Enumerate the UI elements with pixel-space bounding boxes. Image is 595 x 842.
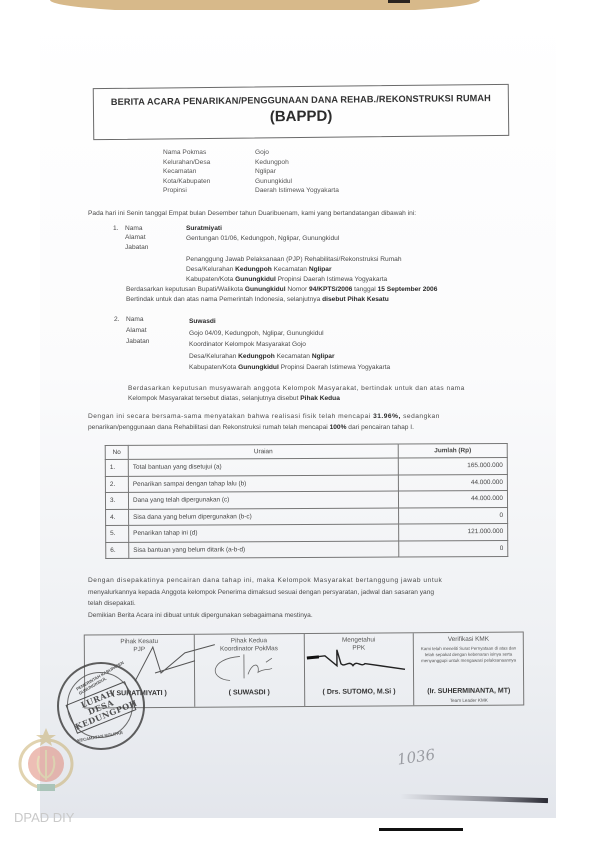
party1-number: 1. bbox=[113, 225, 119, 232]
party1-dasar-line: Berdasarkan keputusan Bupati/Walikota Gu… bbox=[126, 286, 437, 293]
party2-number: 2. bbox=[114, 316, 120, 323]
header-uraian: Uraian bbox=[128, 444, 398, 459]
scan-bottom-bar bbox=[379, 828, 463, 831]
party2-alamat-label: Alamat bbox=[126, 327, 147, 334]
party2-alamat: Gojo 04/09, Kedungpoh, Nglipar, Gunungki… bbox=[189, 330, 324, 337]
table-row: 2. Penarikan sampai dengan tahap lalu (b… bbox=[105, 474, 507, 493]
statement-line1: Dengan ini secara bersama-sama menyataka… bbox=[88, 413, 440, 420]
fund-table: No Uraian Jumlah (Rp) 1. Total bantuan y… bbox=[105, 443, 509, 559]
party2-kab-line: Kabupaten/Kota Gunungkidul Propinsi Daer… bbox=[189, 364, 390, 371]
table-row: 6. Sisa bantuan yang belum ditarik (a-b-… bbox=[106, 540, 508, 559]
signature-scribble-icon bbox=[200, 648, 290, 685]
party1-bertindak-line: Bertindak untuk dan atas nama Pemerintah… bbox=[126, 296, 389, 303]
table-row: 3. Dana yang telah dipergunakan (c) 44.0… bbox=[105, 490, 507, 509]
party1-jabatan-label: Jabatan bbox=[125, 244, 148, 251]
table-row: 4. Sisa dana yang belum dipergunakan (b-… bbox=[106, 507, 508, 526]
closing-line3: telah disepakati. bbox=[88, 600, 136, 607]
party1-alamat: Gentungan 01/06, Kedungpoh, Nglipar, Gun… bbox=[186, 235, 339, 242]
party2-dasar-line2: Kelompok Masyarakat tersebut diatas, sel… bbox=[128, 395, 340, 402]
party1-nama-label: Nama bbox=[125, 225, 143, 232]
document-title: BERITA ACARA PENARIKAN/PENGGUNAAN DANA R… bbox=[94, 93, 508, 107]
party1-desa-line: Desa/Kelurahan Kedungpoh Kecamatan Nglip… bbox=[186, 266, 332, 273]
party2-jabatan-label: Jabatan bbox=[126, 338, 149, 345]
info-row: PropinsiDaerah Istimewa Yogyakarta bbox=[163, 186, 339, 196]
scan-background-mark bbox=[388, 0, 410, 3]
table-row: 1. Total bantuan yang disetujui (a) 165.… bbox=[105, 457, 507, 476]
party2-nama-label: Nama bbox=[126, 316, 144, 323]
header-no: No bbox=[105, 445, 128, 459]
info-row: Kota/KabupatenGunungkidul bbox=[163, 177, 339, 187]
signature-pihak-kedua: Pihak KeduaKoordinator PokMas ( SUWASDI … bbox=[195, 634, 305, 707]
closing-line2: menyalurkannya kepada Anggota kelompok P… bbox=[88, 589, 434, 596]
party1-nama: Suratmiyati bbox=[186, 225, 222, 232]
party2-nama: Suwasdi bbox=[189, 318, 216, 325]
statement-line2: penarikan/penggunaan dana Rehabilitasi d… bbox=[88, 424, 414, 431]
signature-mengetahui-ppk: MengetahuiPPK ( Drs. SUTOMO, M.Si ) bbox=[304, 633, 414, 706]
party1-kab-line: Kabupaten/Kota Gunungkidul Propinsi Daer… bbox=[186, 276, 387, 283]
signature-table: Pihak KesatuPJP ( SURATMIYATI ) Pihak Ke… bbox=[84, 631, 525, 708]
signature-scribble-icon bbox=[304, 643, 414, 674]
document-title-abbr: (BAPPD) bbox=[94, 106, 508, 127]
closing-line4: Demikian Berita Acara ini dibuat untuk d… bbox=[88, 612, 313, 619]
info-row: Nama PokmasGojo bbox=[163, 148, 339, 158]
party1-alamat-label: Alamat bbox=[125, 234, 146, 241]
opening-paragraph: Pada hari ini Senin tanggal Empat bulan … bbox=[88, 210, 416, 217]
signature-verifikasi-kmk: Verifikasi KMK Kami telah meneliti Surat… bbox=[414, 632, 524, 705]
pokmas-info: Nama PokmasGojo Kelurahan/DesaKedungpoh … bbox=[163, 148, 339, 196]
closing-line1: Dengan disepakatinya pencairan dana taha… bbox=[88, 577, 442, 584]
party1-jabatan: Penanggung Jawab Pelaksanaan (PJP) Rehab… bbox=[186, 256, 402, 263]
info-row: Kelurahan/DesaKedungpoh bbox=[163, 158, 339, 168]
party2-dasar-line1: Berdasarkan keputusan musyawarah anggota… bbox=[128, 385, 465, 392]
table-row: 5. Penarikan tahap ini (d) 121.000.000 bbox=[106, 523, 508, 542]
party2-jabatan: Koordinator Kelompok Masyarakat Gojo bbox=[189, 341, 306, 348]
info-row: KecamatanNglipar bbox=[163, 167, 339, 177]
party2-desa-line: Desa/Kelurahan Kedungpoh Kecamatan Nglip… bbox=[189, 353, 335, 360]
header-jumlah: Jumlah (Rp) bbox=[398, 443, 507, 458]
document-title-box: BERITA ACARA PENARIKAN/PENGGUNAAN DANA R… bbox=[93, 84, 510, 140]
watermark-text: DPAD DIY bbox=[14, 810, 74, 825]
dpad-emblem-icon bbox=[17, 728, 75, 794]
